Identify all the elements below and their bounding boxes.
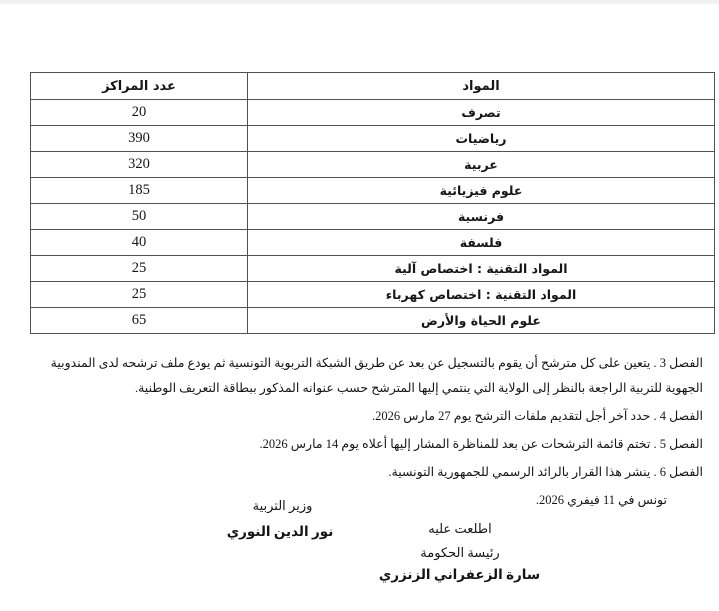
count-cell: 20 — [31, 100, 248, 126]
articles-block: الفصل 3 . يتعين على كل مترشح أن يقوم بال… — [20, 351, 703, 516]
count-cell: 25 — [31, 282, 248, 308]
count-cell: 65 — [31, 308, 248, 334]
table-header-row: المواد عدد المراكز — [31, 73, 715, 100]
head-of-government-name: سارة الزعفراني الزنزري — [352, 567, 567, 583]
positions-table: المواد عدد المراكز تصرف 20 رياضيات 390 ع… — [30, 72, 715, 334]
table-row: فلسفة 40 — [31, 230, 715, 256]
count-cell: 50 — [31, 204, 248, 230]
minister-name: نور الدين النوري — [180, 524, 380, 540]
subject-cell: علوم فيزيائية — [248, 178, 715, 204]
table-row: المواد التقنية : اختصاص كهرباء 25 — [31, 282, 715, 308]
subject-cell: تصرف — [248, 100, 715, 126]
table-row: علوم فيزيائية 185 — [31, 178, 715, 204]
table-row: تصرف 20 — [31, 100, 715, 126]
seen-by-label: اطلعت عليه — [380, 521, 540, 537]
table-row: فرنسية 50 — [31, 204, 715, 230]
subject-cell: علوم الحياة والأرض — [248, 308, 715, 334]
table-row: رياضيات 390 — [31, 126, 715, 152]
count-cell: 185 — [31, 178, 248, 204]
table-row: علوم الحياة والأرض 65 — [31, 308, 715, 334]
subject-cell: المواد التقنية : اختصاص كهرباء — [248, 282, 715, 308]
head-of-government-title: رئيسة الحكومة — [380, 545, 540, 561]
subject-cell: عربية — [248, 152, 715, 178]
minister-title: وزير التربية — [205, 498, 360, 514]
count-cell: 390 — [31, 126, 248, 152]
dateline: تونس في 11 فيفري 2026. — [20, 488, 703, 513]
count-cell: 40 — [31, 230, 248, 256]
subject-cell: فرنسية — [248, 204, 715, 230]
count-cell: 25 — [31, 256, 248, 282]
article-5: الفصل 5 . تختم قائمة الترشحات عن بعد للم… — [20, 432, 703, 457]
article-4: الفصل 4 . حدد آخر أجل لتقديم ملفات الترش… — [20, 404, 703, 429]
subject-cell: فلسفة — [248, 230, 715, 256]
scan-edge-artifact — [0, 0, 719, 4]
document-page: المواد عدد المراكز تصرف 20 رياضيات 390 ع… — [0, 0, 719, 611]
table-row: المواد التقنية : اختصاص آلية 25 — [31, 256, 715, 282]
subject-cell: المواد التقنية : اختصاص آلية — [248, 256, 715, 282]
article-6: الفصل 6 . ينشر هذا القرار بالرائد الرسمي… — [20, 460, 703, 485]
count-cell: 320 — [31, 152, 248, 178]
table-row: عربية 320 — [31, 152, 715, 178]
article-3: الفصل 3 . يتعين على كل مترشح أن يقوم بال… — [20, 351, 703, 401]
header-positions: عدد المراكز — [31, 73, 248, 100]
header-subjects: المواد — [248, 73, 715, 100]
subject-cell: رياضيات — [248, 126, 715, 152]
